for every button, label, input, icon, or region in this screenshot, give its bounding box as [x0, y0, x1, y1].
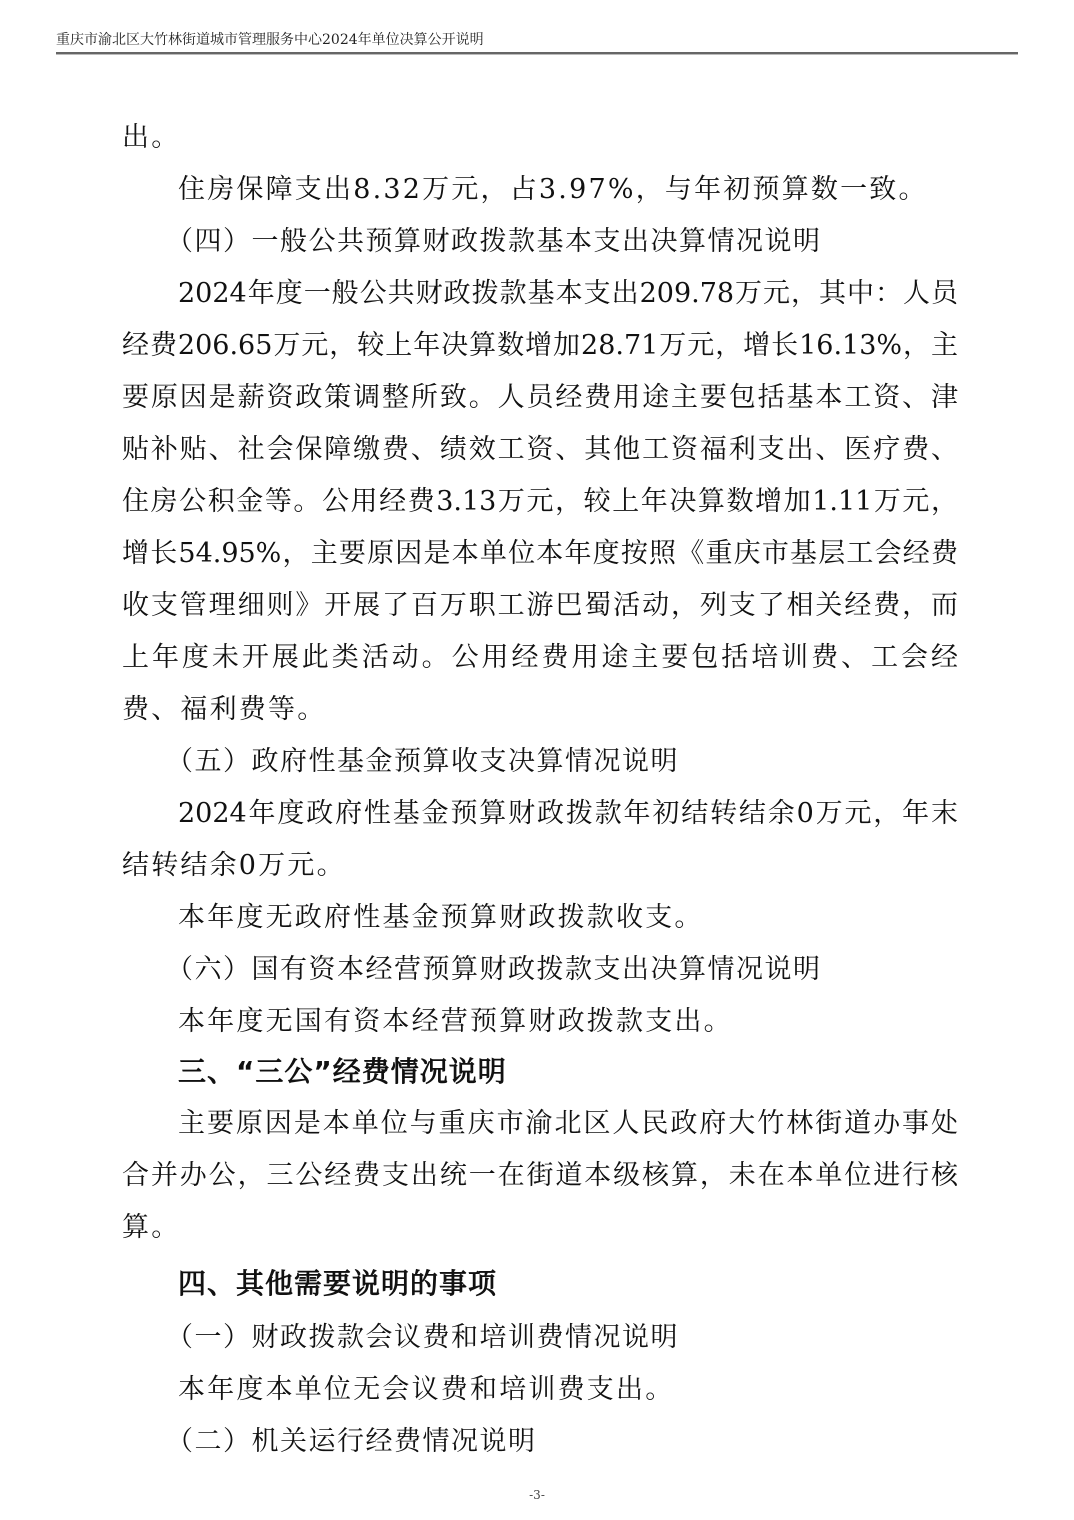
paragraph-line: 结转结余0万元。 [122, 840, 346, 892]
paragraph-line: 上年度未开展此类活动。公用经费用途主要包括培训费、工会经 [122, 632, 958, 684]
subsection-heading-5: （五）政府性基金预算收支决算情况说明 [166, 736, 679, 788]
section-heading-4: 四、其他需要说明的事项 [178, 1258, 497, 1310]
header-divider [56, 52, 1018, 55]
paragraph-line: 增长54.95%，主要原因是本单位本年度按照《重庆市基层工会经费 [122, 528, 958, 580]
paragraph-line: 贴补贴、社会保障缴费、绩效工资、其他工资福利支出、医疗费、 [122, 424, 958, 476]
paragraph-line: 经费206.65万元，较上年决算数增加28.71万元，增长16.13%，主 [122, 320, 958, 372]
paragraph-line: 要原因是薪资政策调整所致。人员经费用途主要包括基本工资、津 [122, 372, 958, 424]
subsection-heading-1: （一）财政拨款会议费和培训费情况说明 [166, 1312, 679, 1364]
paragraph-line: 2024年度政府性基金预算财政拨款年初结转结余0万元，年末 [178, 788, 958, 840]
section-heading-3: 三、“三公”经费情况说明 [178, 1046, 507, 1098]
paragraph-line: 算。 [122, 1202, 180, 1254]
paragraph-line: 合并办公，三公经费支出统一在街道本级核算，未在本单位进行核 [122, 1150, 958, 1202]
paragraph-line: 2024年度一般公共财政拨款基本支出209.78万元，其中：人员 [178, 268, 958, 320]
subsection-heading-4: （四）一般公共预算财政拨款基本支出决算情况说明 [166, 216, 822, 268]
paragraph-line: 收支管理细则》开展了百万职工游巴蜀活动，列支了相关经费，而 [122, 580, 958, 632]
subsection-heading-6: （六）国有资本经营预算财政拨款支出决算情况说明 [166, 944, 822, 996]
subsection-heading-2: （二）机关运行经费情况说明 [166, 1416, 537, 1468]
paragraph-line: 本年度无政府性基金预算财政拨款收支。 [178, 892, 704, 944]
paragraph-line: 费、福利费等。 [122, 684, 326, 736]
page-number: -3- [0, 1488, 1074, 1502]
paragraph-line: 出。 [122, 112, 180, 164]
paragraph-line: 主要原因是本单位与重庆市渝北区人民政府大竹林街道办事处 [178, 1098, 958, 1150]
paragraph-line: 本年度无国有资本经营预算财政拨款支出。 [178, 996, 733, 1048]
page-header: 重庆市渝北区大竹林街道城市管理服务中心2024年单位决算公开说明 [56, 30, 1018, 55]
document-header-title: 重庆市渝北区大竹林街道城市管理服务中心2024年单位决算公开说明 [56, 30, 1018, 50]
paragraph-line: 本年度本单位无会议费和培训费支出。 [178, 1364, 674, 1416]
paragraph-line: 住房公积金等。公用经费3.13万元，较上年决算数增加1.11万元， [122, 476, 958, 528]
paragraph-line: 住房保障支出8.32万元，占3.97%，与年初预算数一致。 [178, 164, 928, 216]
